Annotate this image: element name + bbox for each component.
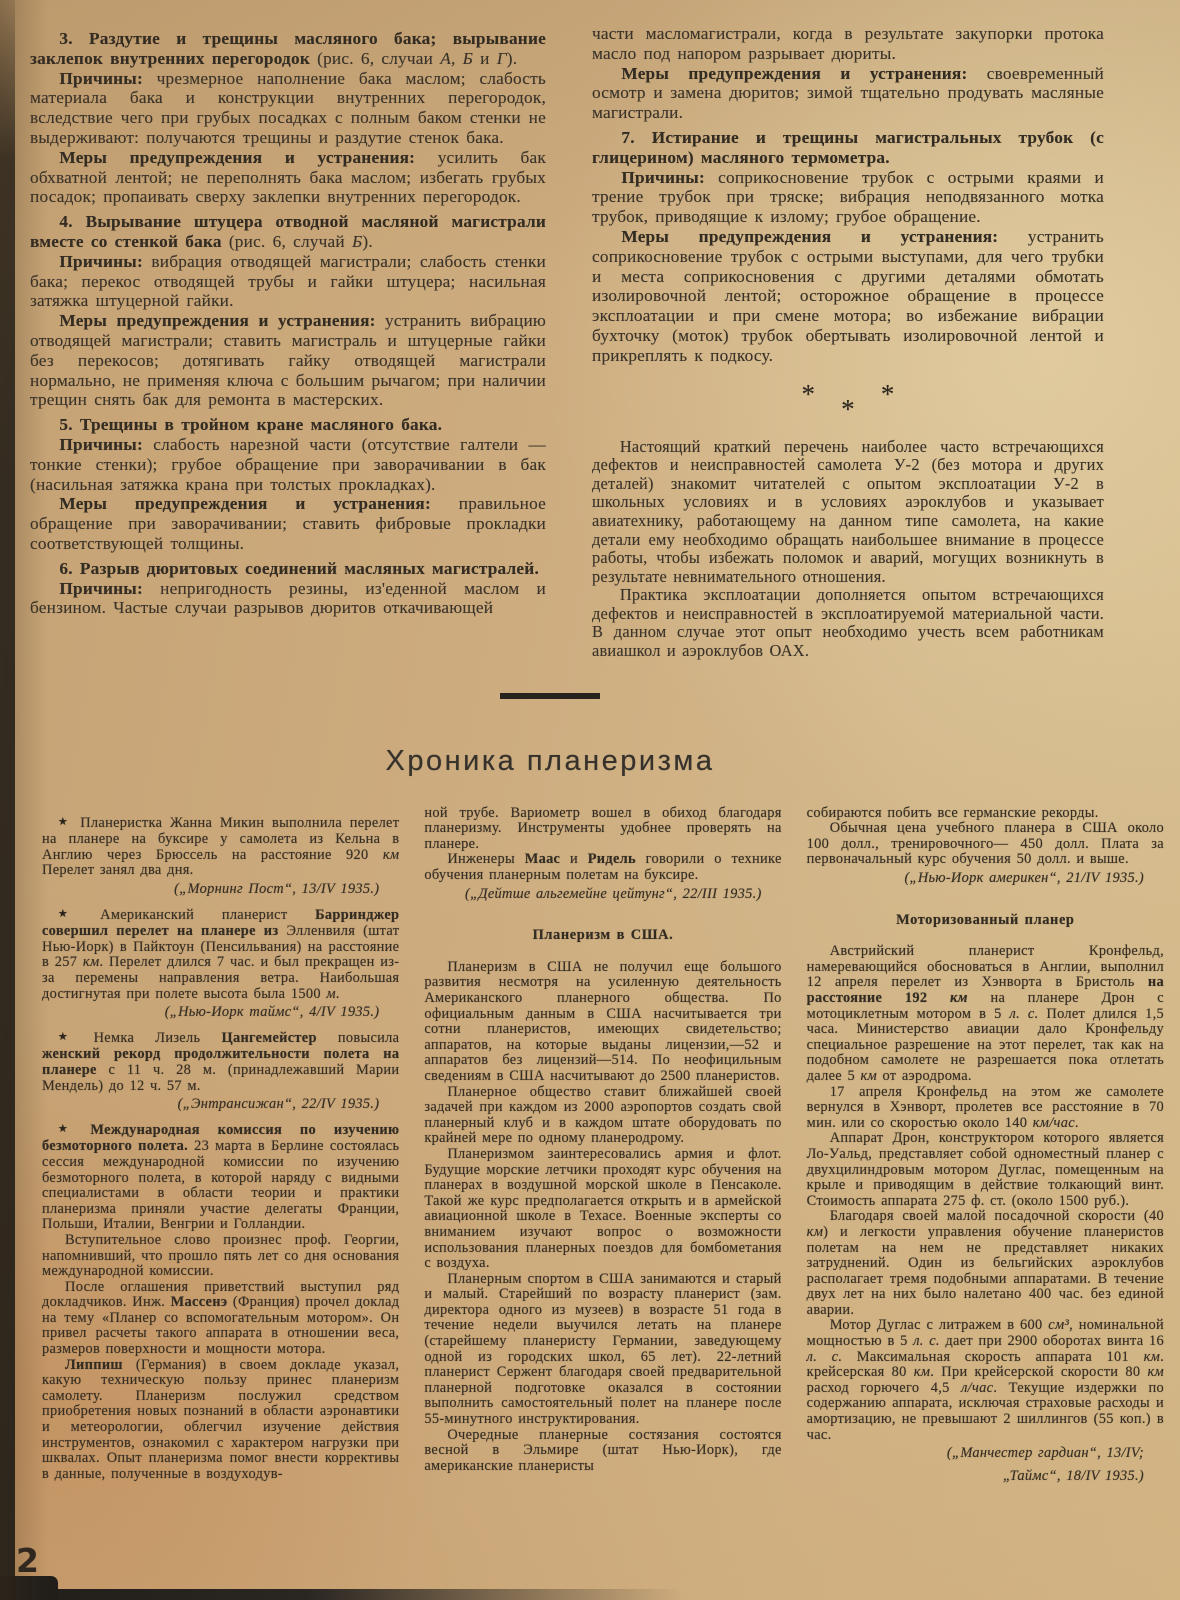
text-run: Причины: (59, 579, 143, 598)
paragraph: Мотор Дуглас с литражем в 600 см³, номин… (807, 1318, 1164, 1443)
text-run: Б (352, 232, 362, 251)
text-run: („Энтрансижан“, 22/IV 1935.) (178, 1096, 380, 1112)
chronicle-heading: Хроника планеризма (0, 745, 1140, 778)
asterisk-divider: *** (592, 384, 1104, 422)
text-run: Благодаря своей малой посадочной скорост… (830, 1208, 1164, 1224)
paragraph: После оглашения приветствий выступил ряд… (42, 1280, 399, 1358)
citation: („Морнинг Пост“, 13/IV 1935.) (42, 882, 399, 898)
text-run: от аэродрома. (877, 1068, 972, 1084)
page-number: 2 (16, 1541, 39, 1580)
text-run: км (1147, 1364, 1164, 1380)
text-run: Меры предупреждения и устранения: (59, 311, 375, 330)
text-run: . При крейсерской скорости 80 (930, 1364, 1147, 1380)
text-run: . (336, 986, 340, 1002)
text-run: А, Б (440, 49, 473, 68)
text-run: Аппарат Дрон, конструктором которого явл… (807, 1130, 1164, 1208)
paragraph: Меры предупреждения и устранения: устран… (30, 311, 546, 410)
text-run: км/час (1033, 1115, 1075, 1131)
citation: („Дейтше альгемейне цейтунг“, 22/III 193… (424, 887, 781, 903)
text-run: ). (362, 232, 372, 251)
text-run: Меры предупреждения и устранения: (621, 64, 967, 83)
news-item: ★Американский планерист Барринджер совер… (42, 908, 399, 1003)
citation: („Нью-Иорк таймс“, 4/IV 1935.) (42, 1005, 399, 1021)
text-run: Планеризм в США. (533, 927, 674, 943)
text-run: л. с. (913, 1333, 940, 1349)
text-run: (рис. 6, случай (222, 232, 352, 251)
text-run: м (326, 986, 335, 1002)
text-run: 5. Трещины в тройном кране масляного бак… (59, 415, 442, 434)
text-run: („Дейтше альгемейне цейтунг“, 22/III 193… (465, 886, 762, 902)
paragraph: Планеризм в США не получил еще большого … (424, 960, 781, 1085)
text-run: дает при 2900 оборотах винта 16 (940, 1333, 1164, 1349)
text-run: Меры предупреждения и устранения: (59, 494, 431, 513)
text-run: 7. Истирание и трещины магистральных тру… (592, 128, 1104, 167)
defect-item-heading: 4. Вырывание штуцера отводной масляной м… (30, 212, 546, 252)
text-run: ной трубе. Вариометр вошел в обиход благ… (424, 805, 781, 852)
news-item: ★Международная комиссия по изучению безм… (42, 1123, 399, 1233)
paragraph: собираются побить все германские рекорды… (807, 806, 1164, 822)
article-subheading: Моторизованный планер (807, 913, 1164, 929)
paragraph: Благодаря своей малой посадочной скорост… (807, 1209, 1164, 1318)
text-run: („Морнинг Пост“, 13/IV 1935.) (174, 881, 379, 897)
news-item: ★Немка Лизель Цангемейстер повысила женс… (42, 1031, 399, 1094)
article-subheading: Планеризм в США. (424, 928, 781, 944)
text-run: Причины: (59, 69, 143, 88)
text-run: Меры предупреждения и устранения: (621, 227, 998, 246)
text-run: „Таймс“, 18/IV 1935.) (1003, 1468, 1144, 1484)
column-bottom-2: ной трубе. Вариометр вошел в обиход благ… (424, 806, 781, 1492)
text-run: Американский планерист (100, 907, 315, 923)
paragraph: Аппарат Дрон, конструктором которого явл… (807, 1131, 1164, 1209)
text-run: Меры предупреждения и устранения: (59, 148, 415, 167)
text-run: 17 апреля Кронфельд на этом же самолете … (807, 1084, 1164, 1131)
text-run: Планеристка Жанна Микин выполнила переле… (42, 815, 399, 863)
paragraph: Меры предупреждения и устранения: правил… (30, 494, 546, 553)
star-bullet-icon: ★ (58, 816, 70, 828)
chronicle-section: ★Планеристка Жанна Микин выполнила перел… (0, 778, 1180, 1492)
paragraph: Меры предупреждения и устранения: усилит… (30, 148, 546, 207)
text-run: км (914, 1364, 931, 1380)
text-run: Массенэ (171, 1294, 228, 1310)
text-run: . (1075, 1115, 1079, 1131)
paragraph: Планерным спортом в США занимаются и ста… (424, 1272, 781, 1428)
text-run: Ридель (588, 851, 636, 867)
text-run: 6. Разрыв дюритовых соединений масляных … (59, 559, 539, 578)
text-run: Перелет занял два дня. (42, 862, 194, 878)
paragraph: Причины: чрезмерное наполнение бака масл… (30, 69, 546, 148)
text-run: Обычная цена учебного планера в США окол… (807, 820, 1164, 867)
scanned-magazine-page: 3. Раздутие и трещины масляного бака; вы… (0, 0, 1180, 1600)
column-top-left: 3. Раздутие и трещины масляного бака; вы… (30, 24, 546, 661)
text-run: км (860, 1068, 877, 1084)
text-run: расход горючего 4,5 (807, 1380, 961, 1396)
citation: „Таймс“, 18/IV 1935.) (807, 1469, 1164, 1485)
defect-item-heading: 5. Трещины в тройном кране масляного бак… (30, 415, 546, 435)
text-run: Практика эксплоатации дополняется опытом… (592, 585, 1104, 660)
citation: („Энтрансижан“, 22/IV 1935.) (42, 1097, 399, 1113)
text-run: км (83, 954, 100, 970)
asterisk-icon: * (881, 384, 895, 404)
asterisk-icon: * (801, 384, 815, 404)
text-run: (рис. 6, случаи (310, 49, 440, 68)
text-run: Липпиш (65, 1357, 123, 1373)
paragraph: Планерное общество ставит ближайшей свое… (424, 1085, 781, 1147)
text-run: Австрийский планерист Кронфельд, намерев… (807, 943, 1164, 990)
text-run: собираются побить все германские рекорды… (807, 805, 1099, 821)
text-run: повысила (317, 1030, 400, 1046)
text-run: Настоящий краткий перечень наиболее част… (592, 437, 1104, 586)
text-run: Планеризмом заинтересовались армия и фло… (424, 1146, 781, 1271)
news-item: ★Планеристка Жанна Микин выполнила перел… (42, 816, 399, 879)
text-run: („Манчестер гардиан“, 13/IV; (947, 1445, 1144, 1461)
star-bullet-icon: ★ (58, 1123, 81, 1135)
text-run: л. с. (1010, 1006, 1039, 1022)
defects-section: 3. Раздутие и трещины масляного бака; вы… (0, 0, 1180, 661)
paragraph: Практика эксплоатации дополняется опытом… (592, 586, 1104, 660)
paragraph: Вступительное слово произнес проф. Георг… (42, 1233, 399, 1280)
paragraph: части масломагистрали, когда в результат… (592, 24, 1104, 64)
paragraph: Австрийский планерист Кронфельд, намерев… (807, 944, 1164, 1084)
paragraph: Причины: слабость нарезной части (отсутс… (30, 435, 546, 494)
text-run: Немка Лизель (94, 1030, 222, 1046)
paragraph: Очередные планерные состязания состоятся… (424, 1428, 781, 1475)
paragraph: Настоящий краткий перечень наиболее част… (592, 438, 1104, 587)
text-run: ). (507, 49, 517, 68)
paragraph: ной трубе. Вариометр вошел в обиход благ… (424, 806, 781, 853)
column-bottom-1: ★Планеристка Жанна Микин выполнила перел… (42, 806, 399, 1492)
text-run: л. с. (807, 1349, 843, 1365)
star-bullet-icon: ★ (58, 908, 90, 920)
paragraph: Меры предупреждения и устранения: своевр… (592, 64, 1104, 123)
citation: („Нью-Иорк америкен“, 21/IV 1935.) (807, 871, 1164, 887)
text-run: и (473, 49, 497, 68)
text-run: Планерное общество ставит ближайшей свое… (424, 1084, 781, 1147)
text-run: Планеризм в США не получил еще большого … (424, 959, 781, 1084)
paragraph: 17 апреля Кронфельд на этом же самолете … (807, 1085, 1164, 1132)
text-run: и (560, 851, 587, 867)
paragraph: Меры предупреждения и устранения: устран… (592, 227, 1104, 366)
text-run: части масломагистрали, когда в результат… (592, 24, 1104, 63)
text-run: Причины: (59, 435, 143, 454)
text-run: Инженеры (447, 851, 524, 867)
column-bottom-3: собираются побить все германские рекорды… (807, 806, 1164, 1492)
defect-item-heading: 6. Разрыв дюритовых соединений масляных … (30, 559, 546, 579)
text-run: см³ (1048, 1317, 1069, 1333)
text-run: Очередные планерные состязания состоятся… (424, 1427, 781, 1474)
text-run: Г (497, 49, 507, 68)
text-run: („Нью-Иорк таймс“, 4/IV 1935.) (165, 1004, 380, 1020)
text-run: Вступительное слово произнес проф. Георг… (42, 1232, 399, 1279)
text-run: Мотор Дуглас с литражем в 600 (830, 1317, 1049, 1333)
text-run: Максимальная скорость аппарата 101 (842, 1349, 1143, 1365)
text-run: Цангемейстер (221, 1030, 316, 1046)
paragraph: Причины: непригодность резины, из'еденно… (30, 579, 546, 619)
text-run: (Германия) в своем докладе указал, какую… (42, 1357, 399, 1482)
text-run: устранить соприкосновение трубок с остры… (592, 227, 1104, 365)
defect-item-heading: 3. Раздутие и трещины масляного бака; вы… (30, 29, 546, 69)
citation: („Манчестер гардиан“, 13/IV; (807, 1446, 1164, 1462)
column-top-right: части масломагистрали, когда в результат… (592, 24, 1104, 661)
text-run: („Нью-Иорк америкен“, 21/IV 1935.) (904, 870, 1144, 886)
text-run: Причины: (59, 252, 143, 271)
text-run: Причины: (621, 168, 705, 187)
star-bullet-icon: ★ (58, 1031, 84, 1043)
section-divider-rule (500, 693, 600, 699)
text-run: Маас (525, 851, 561, 867)
paragraph: Причины: вибрация отводящей магистрали; … (30, 252, 546, 311)
asterisk-icon: * (841, 399, 855, 419)
paragraph: Обычная цена учебного планера в США окол… (807, 821, 1164, 868)
text-run: км (950, 990, 968, 1006)
paragraph: Инженеры Маас и Ридель говорили о техник… (424, 852, 781, 883)
text-run: км (383, 847, 400, 863)
defect-item-heading: 7. Истирание и трещины магистральных тру… (592, 128, 1104, 168)
text-run: км (1144, 1349, 1161, 1365)
scan-edge-left (0, 0, 15, 1600)
paragraph: Планеризмом заинтересовались армия и фло… (424, 1147, 781, 1272)
text-run: ) и легкости управления обучение планери… (807, 1224, 1164, 1318)
paragraph: Липпиш (Германия) в своем докладе указал… (42, 1358, 399, 1483)
text-run: л/час (961, 1380, 993, 1396)
text-run: Планерным спортом в США занимаются и ста… (424, 1271, 781, 1427)
text-run: км (807, 1224, 824, 1240)
scan-edge-bottom (0, 1589, 684, 1600)
paragraph: Причины: соприкосновение трубок с острым… (592, 168, 1104, 227)
text-run: Моторизованный планер (896, 912, 1074, 928)
